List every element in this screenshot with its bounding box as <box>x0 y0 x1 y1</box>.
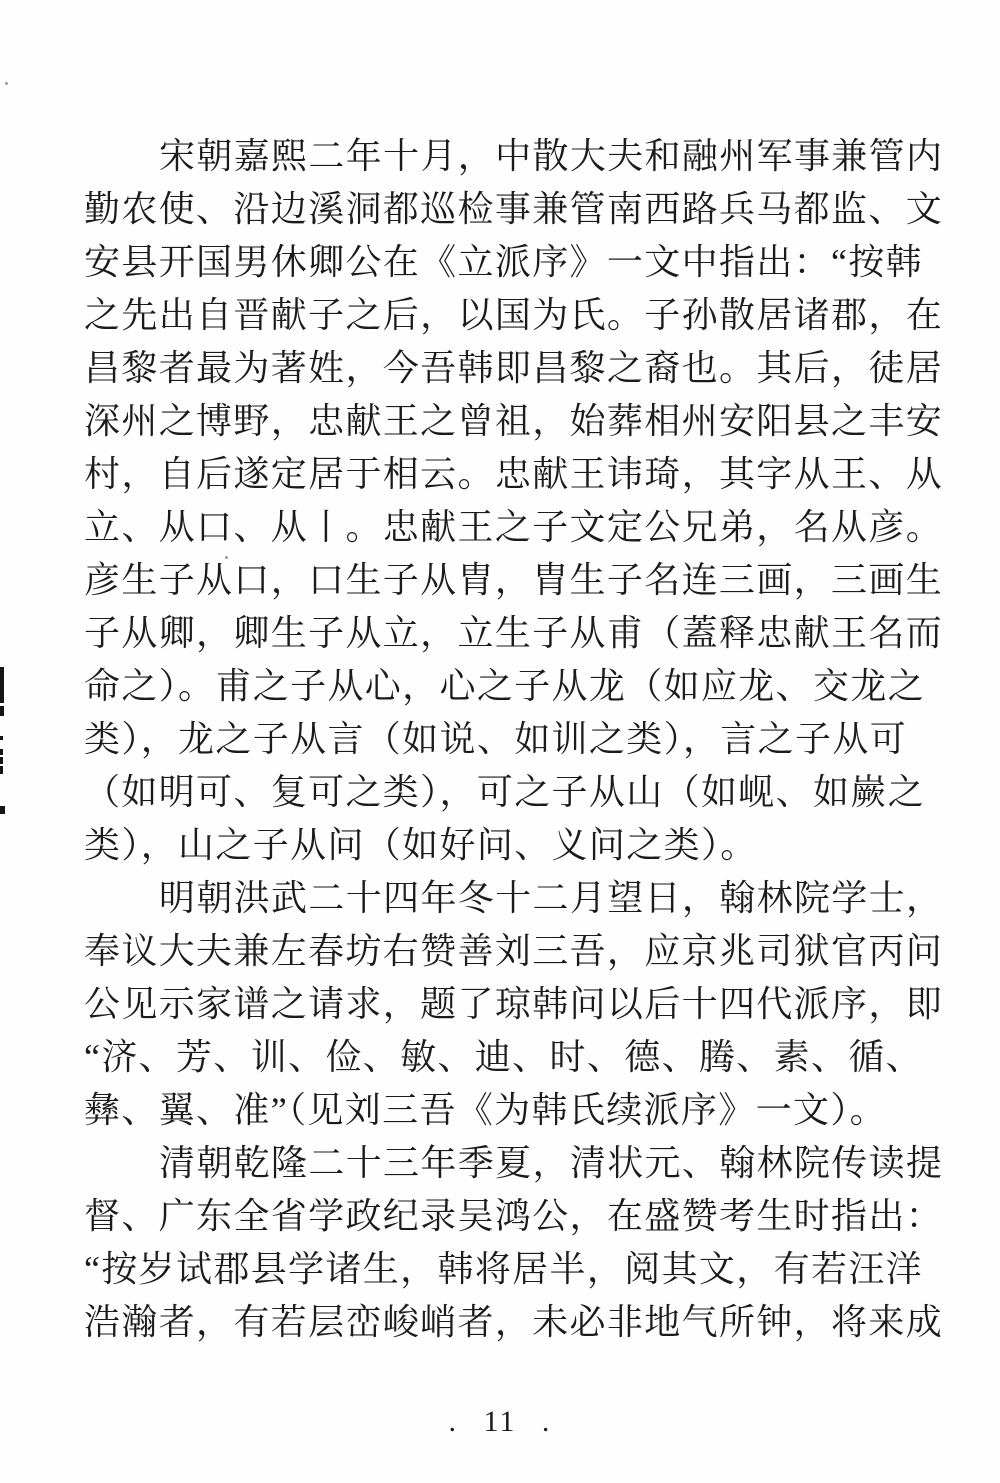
text-line: “济、芳、训、俭、敏、迪、时、德、腾、素、循、 <box>84 1031 964 1084</box>
text-line: 督、广东全省学政纪录吴鸿公，在盛赞考生时指出： <box>84 1190 964 1243</box>
text-line: 深州之博野，忠献王之曾祖，始葬相州安阳县之丰安 <box>84 395 964 448</box>
scan-artifact <box>0 736 3 740</box>
scan-speck <box>5 82 8 85</box>
page-number: . 11 . <box>449 1405 552 1438</box>
text-line: 奉议大夫兼左春坊右赞善刘三吾，应京兆司狱官丙问 <box>84 925 964 978</box>
text-line: 类），山之子从问（如好问、义问之类）。 <box>84 819 964 872</box>
scan-speck <box>225 556 228 559</box>
scan-artifact <box>0 757 3 764</box>
text-line: （如明可、复可之类），可之子从山（如岘、如嶡之 <box>84 766 964 819</box>
text-line: 公见示家谱之请求，题了琼韩问以后十四代派序，即 <box>84 978 964 1031</box>
text-block: 宋朝嘉熙二年十月，中散大夫和融州军事兼管内勤农使、沿边溪洞都巡检事兼管南西路兵马… <box>84 130 964 1349</box>
page-footer: . 11 . <box>0 1405 1000 1439</box>
scan-artifact <box>0 706 4 716</box>
text-line: 清朝乾隆二十三年季夏，清状元、翰林院传读提 <box>84 1137 964 1190</box>
text-line: 类），龙之子从言（如说、如训之类），言之子从可 <box>84 713 964 766</box>
text-line: 彦生子从口，口生子从胄，胄生子名连三画，三画生 <box>84 554 964 607</box>
scan-artifact <box>0 806 5 814</box>
text-line: 子从卿，卿生子从立，立生子从甫（蓋释忠献王名而 <box>84 607 964 660</box>
text-line: 村，自后遂定居于相云。忠献王讳琦，其字从王、从 <box>84 448 964 501</box>
text-line: “按岁试郡县学诸生，韩将居半，阅其文，有若汪洋 <box>84 1243 964 1296</box>
scan-artifact <box>0 667 4 703</box>
text-line: 命之）。甫之子从心，心之子从龙（如应龙、交龙之 <box>84 660 964 713</box>
text-line: 昌黎者最为著姓，今吾韩即昌黎之裔也。其后，徒居 <box>84 342 964 395</box>
scanned-page: 宋朝嘉熙二年十月，中散大夫和融州军事兼管内勤农使、沿边溪洞都巡检事兼管南西路兵马… <box>0 0 1000 1483</box>
text-line: 勤农使、沿边溪洞都巡检事兼管南西路兵马都监、文 <box>84 183 964 236</box>
text-line: 明朝洪武二十四年冬十二月望日，翰林院学士， <box>84 872 964 925</box>
text-line: 安县开国男休卿公在《立派序》一文中指出：“按韩 <box>84 236 964 289</box>
text-line: 彝、翼、准”（见刘三吾《为韩氏续派序》一文）。 <box>84 1084 964 1137</box>
scan-artifact <box>0 749 3 755</box>
scan-artifact <box>0 766 3 774</box>
text-line: 浩瀚者，有若层峦峻峭者，未必非地气所钟，将来成 <box>84 1296 964 1349</box>
text-line: 立、从口、从丨。忠献王之子文定公兄弟，名从彦。 <box>84 501 964 554</box>
text-line: 宋朝嘉熙二年十月，中散大夫和融州军事兼管内 <box>84 130 964 183</box>
text-line: 之先出自晋献子之后，以国为氏。子孙散居诸郡，在 <box>84 289 964 342</box>
